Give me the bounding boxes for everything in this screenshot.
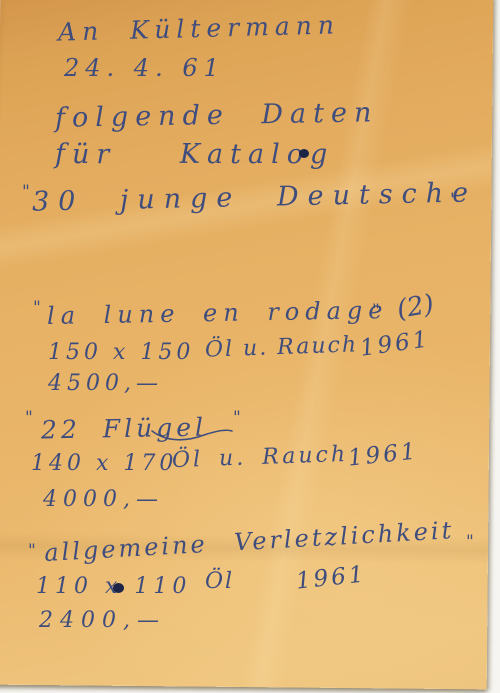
intro-line-1: folgende Daten bbox=[55, 99, 379, 132]
ink-blot bbox=[299, 149, 309, 158]
work3-close-quote: " bbox=[466, 534, 474, 551]
date-line: 24. 4. 61 bbox=[64, 56, 225, 80]
catalog-close-quote: " bbox=[450, 192, 458, 209]
work1-technique: Öl u. Rauch bbox=[205, 334, 359, 361]
work3-title: allgemeine Verletzlichkeit bbox=[44, 518, 455, 565]
work2-year: 1961 bbox=[347, 440, 420, 470]
scanned-note: An Kültermann 24. 4. 61 folgende Daten f… bbox=[0, 0, 500, 693]
work1-edition: (2) bbox=[395, 291, 436, 323]
work1-close-quote: " bbox=[372, 303, 380, 320]
work1-dimensions: 150 x 150 bbox=[48, 342, 194, 364]
flourish-stroke bbox=[150, 426, 234, 444]
work3-technique: Öl bbox=[205, 571, 234, 593]
work2-dimensions: 140 x 170 bbox=[31, 453, 177, 475]
work1-title: la lune en rodage bbox=[47, 298, 389, 328]
note-content: An Kültermann 24. 4. 61 folgende Daten f… bbox=[0, 0, 500, 693]
work3-year: 1961 bbox=[295, 563, 368, 593]
recipient-line: An Kültermann bbox=[58, 12, 340, 44]
catalog-open-quote: " bbox=[22, 184, 30, 201]
work2-open-quote: " bbox=[25, 410, 33, 427]
work2-technique: Öl u. Rauch bbox=[172, 444, 349, 472]
catalog-title: 30 junge Deutsche bbox=[32, 179, 478, 215]
work1-price: 4500,— bbox=[48, 373, 163, 395]
intro-line-2: für Katalog bbox=[55, 141, 334, 168]
work2-close-quote: " bbox=[233, 410, 241, 427]
work2-price: 4000,— bbox=[43, 489, 164, 511]
work3-open-quote: " bbox=[28, 543, 36, 560]
ink-blot bbox=[113, 583, 124, 593]
work1-open-quote: " bbox=[33, 300, 41, 317]
work1-year: 1961 bbox=[359, 328, 432, 361]
work3-price: 2400,— bbox=[39, 610, 166, 632]
